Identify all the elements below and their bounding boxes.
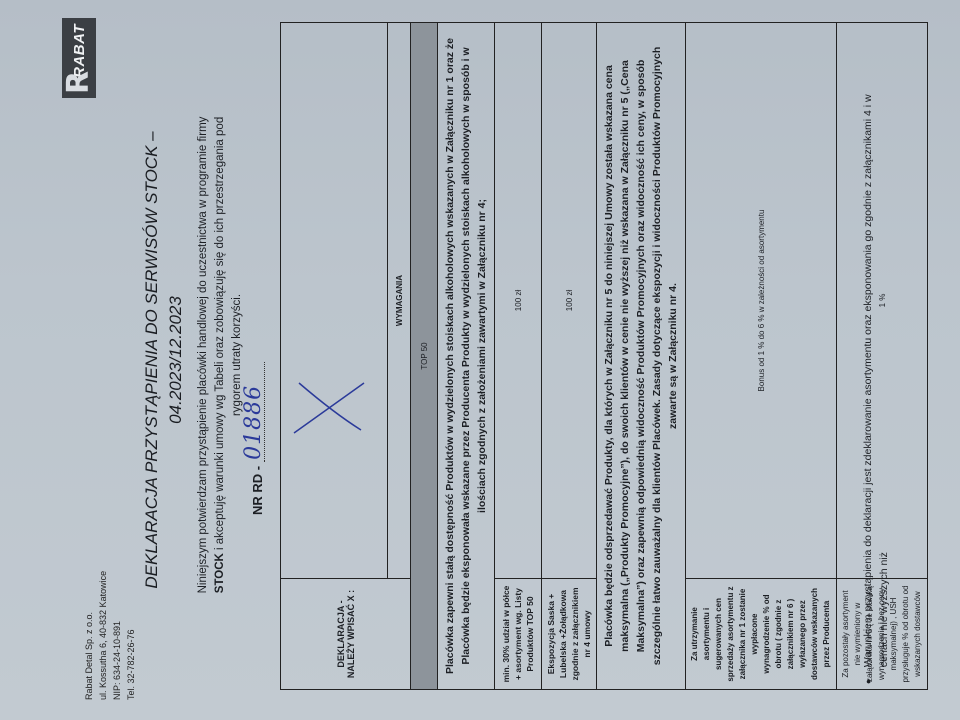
declaration-checkbox[interactable]	[281, 23, 388, 579]
rabat-logo: R RABAT	[62, 18, 96, 98]
row-label: min. 30% udział w półce + asortyment wg.…	[495, 579, 542, 690]
row-label: Za utrzymanie asortymentu i sugerowanych…	[686, 579, 837, 690]
declaration-table: DEKLARACJA - NALEŻY WPISAĆ X : WYMAGANIA…	[280, 22, 928, 690]
footer-bullet-text: Warunkiem przystąpienia do deklaracji je…	[860, 90, 892, 667]
logo-letter: R	[64, 71, 94, 94]
company-info: Rabat Detal Sp. z o.o. ul. Kossutha 6, 4…	[82, 571, 138, 700]
intro-text-1: Niniejszym potwierdzam przystąpienie pla…	[197, 117, 209, 594]
nr-rd-handwritten-value: 01886	[241, 385, 266, 460]
title-line-2: 04.2023/12.2023	[164, 0, 188, 720]
row-value: Bonus od 1 % do 6 % w zależności od asor…	[686, 23, 837, 579]
nr-rd-input[interactable]: 01886	[252, 362, 265, 462]
logo-text: RABAT	[71, 24, 88, 78]
footer-bullet: • Warunkiem przystąpienia do deklaracji …	[860, 90, 892, 684]
intro-paragraph: Niniejszym potwierdzam przystąpienie pla…	[195, 110, 246, 600]
promo-requirements: Placówka będzie odsprzedawać Produkty, d…	[597, 23, 686, 690]
intro-text-2: i akceptuję warunki umowy wg Tabeli oraz…	[214, 117, 243, 553]
row-value: 100 zł	[542, 23, 597, 579]
company-address: ul. Kossutha 6, 40-832 Katowice	[96, 571, 110, 700]
declaration-header: DEKLARACJA - NALEŻY WPISAĆ X :	[281, 579, 411, 690]
brand-name: STOCK	[214, 553, 226, 593]
title-line-1: DEKLARACJA PRZYSTĄPIENIA DO SERWISÓW STO…	[140, 0, 164, 720]
table-row: Ekspozycja Saska + Lubelska +Żołądkowa z…	[542, 23, 597, 690]
company-nip: NIP: 634-24-10-891	[110, 571, 124, 700]
table-row: min. 30% udział w półce + asortyment wg.…	[495, 23, 542, 690]
row-label: Ekspozycja Saska + Lubelska +Żołądkowa z…	[542, 579, 597, 690]
section-top50: TOP 50	[411, 23, 438, 690]
nr-rd-field: NR RD - 01886	[250, 362, 265, 515]
top50-requirements: Placówka zapewni stałą dostępność Produk…	[438, 23, 495, 690]
declaration-page: Rabat Detal Sp. z o.o. ul. Kossutha 6, 4…	[0, 0, 960, 720]
document-title: DEKLARACJA PRZYSTĄPIENIA DO SERWISÓW STO…	[140, 0, 188, 720]
requirements-header: WYMAGANIA	[388, 23, 411, 579]
company-name: Rabat Detal Sp. z o.o.	[82, 571, 96, 700]
company-tel: Tel. 32-782-26-76	[124, 571, 138, 700]
bullet-icon: •	[860, 679, 892, 684]
table-row: Za utrzymanie asortymentu i sugerowanych…	[686, 23, 837, 690]
x-mark-icon	[289, 378, 369, 438]
nr-rd-label: NR RD -	[250, 466, 265, 515]
row-value: 100 zł	[495, 23, 542, 579]
